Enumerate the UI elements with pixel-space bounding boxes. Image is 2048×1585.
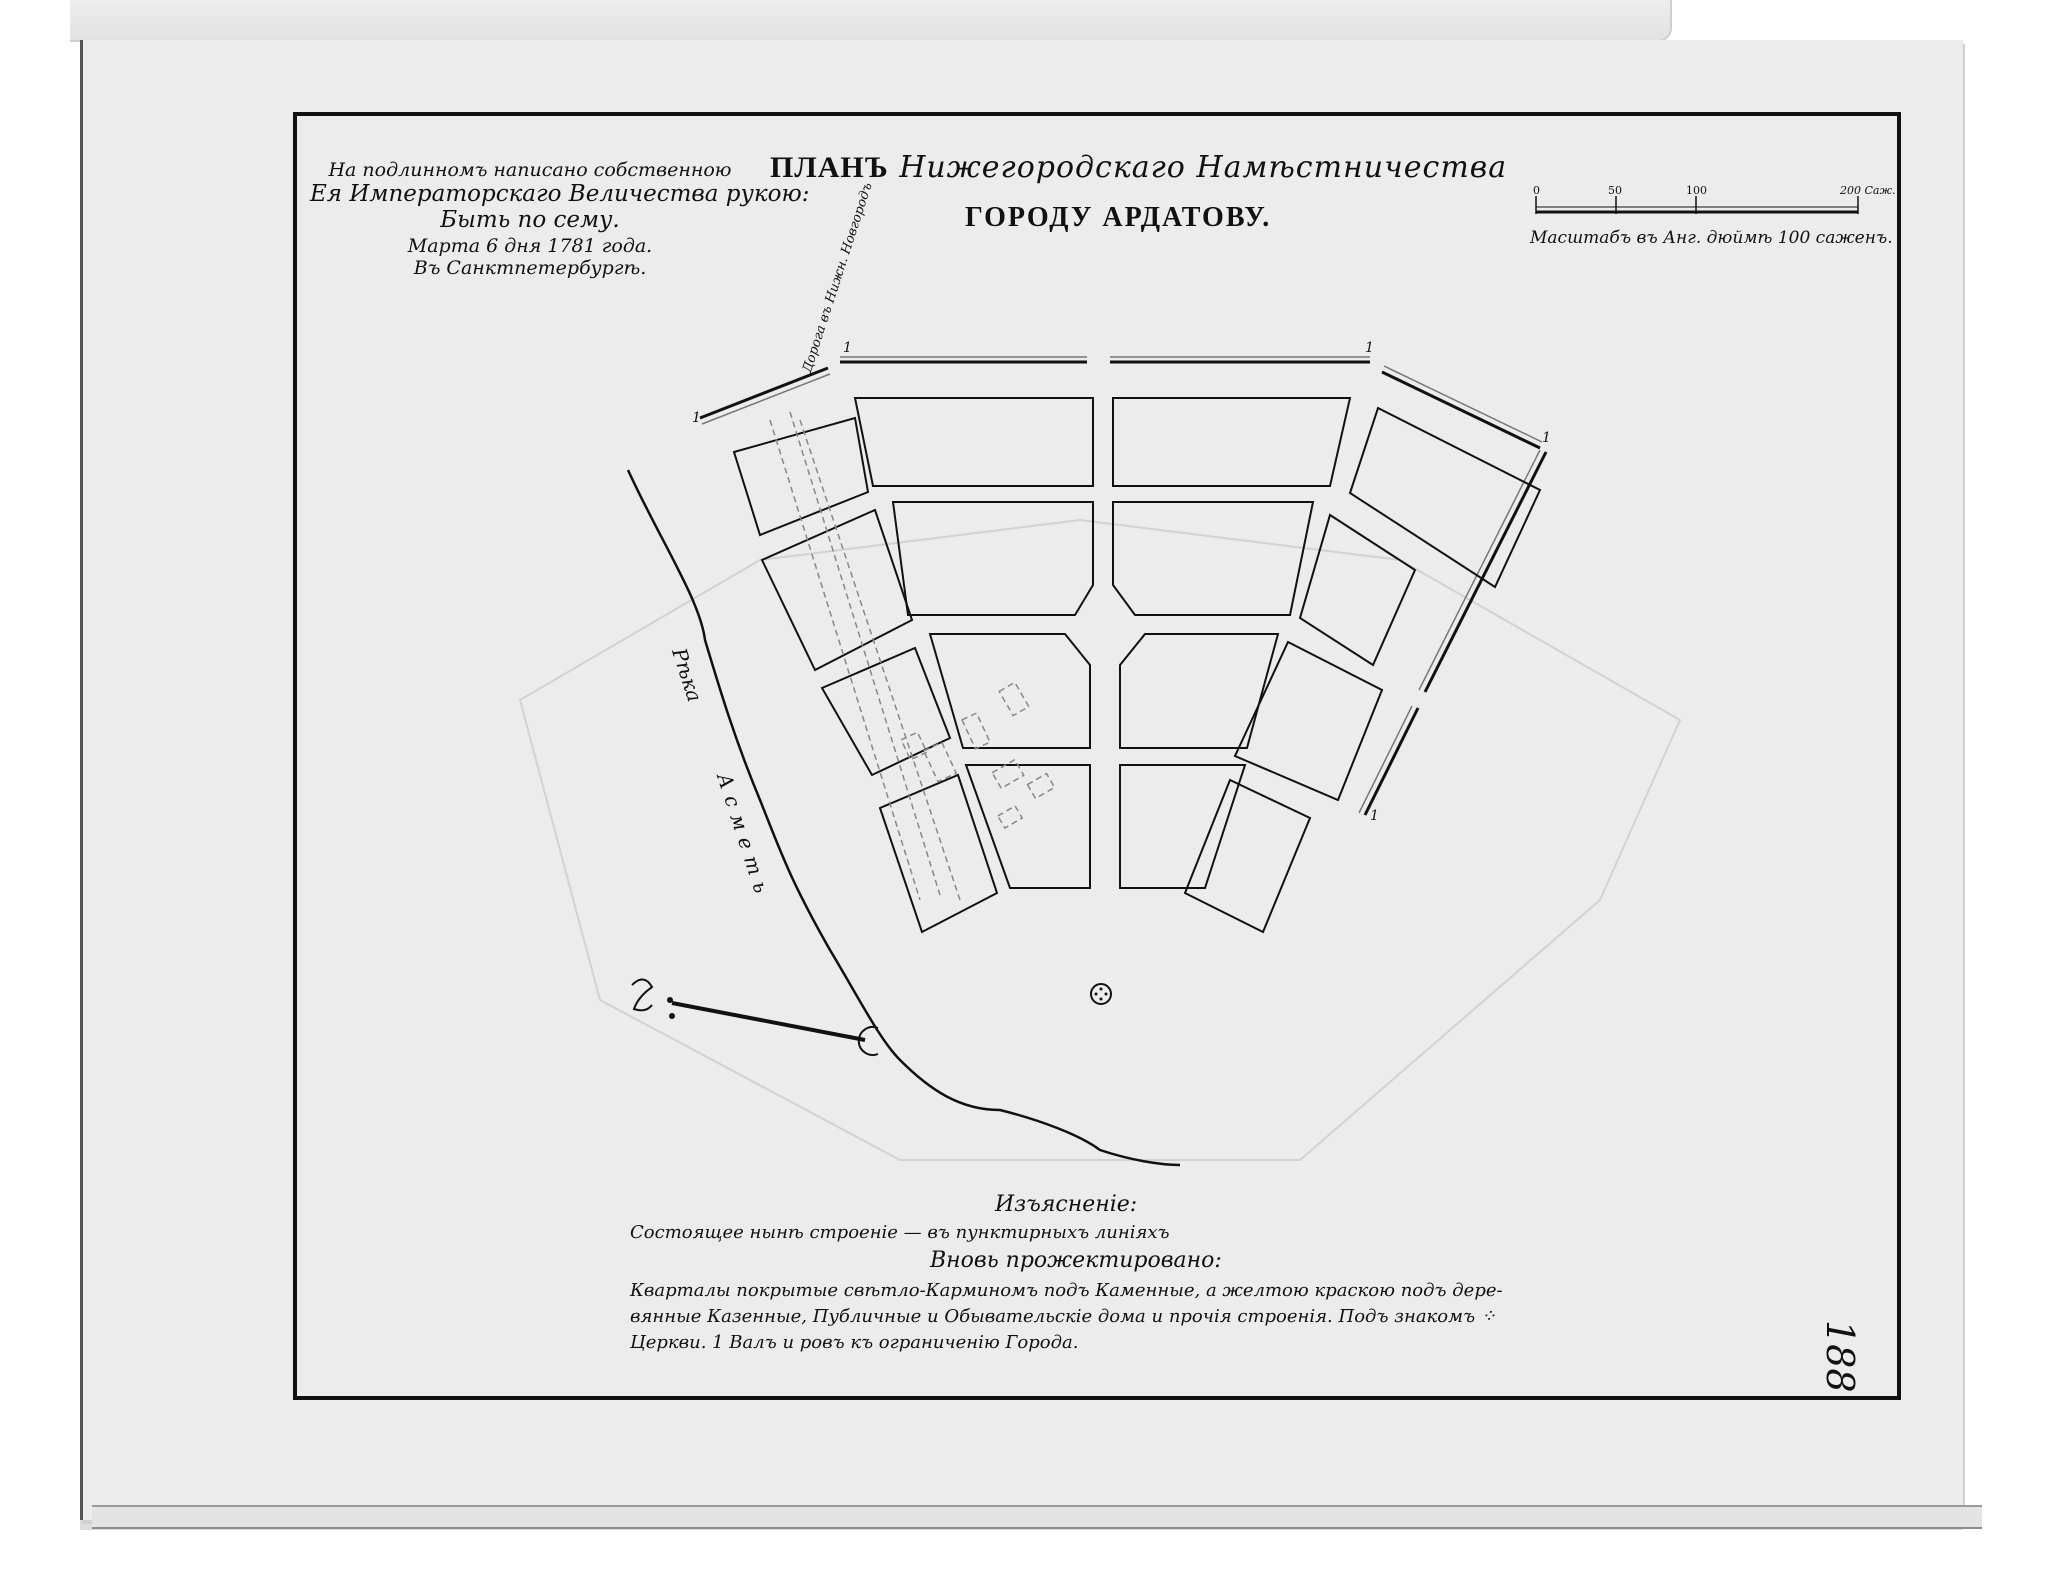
legend-body-line-2: вянные Казенные, Публичные и Обывательск… (630, 1306, 1496, 1327)
block (1185, 780, 1310, 932)
scale-tick-0: 0 (1533, 184, 1540, 197)
approval-line-3: Быть по сему. (310, 208, 750, 232)
scale-bar (1536, 196, 1858, 214)
block (762, 510, 912, 670)
city-blocks (734, 398, 1540, 932)
legend-existing-line: Состоящее нынѣ строеніе — въ пунктирныхъ… (630, 1222, 1170, 1243)
block (855, 398, 1093, 486)
legend-body-line-3: Церкви. 1 Валъ и ровъ къ ограниченію Гор… (630, 1332, 1078, 1353)
legend-body-line-1: Кварталы покрытые свѣтло-Карминомъ подъ … (630, 1280, 1503, 1301)
title-prefix: ПЛАНЪ (770, 151, 889, 184)
page-number: 188 (1818, 1320, 1862, 1393)
block (1113, 502, 1313, 615)
block (1235, 642, 1382, 800)
svg-text:1: 1 (1542, 430, 1551, 446)
map-title-line-1: ПЛАНЪ Нижегородскаго Намѣстничества (770, 150, 1507, 185)
block (1120, 634, 1278, 748)
ghost-outline (520, 520, 1680, 1160)
scale-tick-200: 200 Саж. (1840, 184, 1895, 197)
svg-text:1: 1 (843, 340, 852, 356)
scale-caption: Масштабъ въ Анг. дюймѣ 100 саженъ. (1530, 228, 1893, 248)
compass-arrow-icon (632, 979, 878, 1055)
church-icon (1091, 984, 1111, 1004)
approval-line-4: Марта 6 дня 1781 года. (310, 234, 750, 258)
scale-tick-100: 100 (1686, 184, 1707, 197)
rampart-markers: 1 1 1 1 1 (692, 340, 1551, 824)
approval-line-5: Въ Санктпетербургѣ. (310, 256, 750, 280)
approval-line-1: На подлинномъ написано собственною (310, 158, 750, 182)
block (1120, 765, 1245, 888)
block (880, 775, 997, 932)
scale-tick-50: 50 (1608, 184, 1622, 197)
block (1280, 508, 1414, 665)
title-script: Нижегородскаго Намѣстничества (899, 150, 1507, 185)
svg-text:1: 1 (1365, 340, 1374, 356)
block (822, 648, 950, 775)
block (930, 634, 1090, 748)
svg-text:1: 1 (692, 410, 701, 426)
block (893, 502, 1093, 615)
map-title-line-2: ГОРОДУ АРДАТОВУ. (965, 202, 1271, 234)
svg-text:1: 1 (1370, 808, 1379, 824)
block (1300, 515, 1415, 665)
river-line (628, 470, 1180, 1165)
approval-line-2: Ея Императорскаго Величества рукою: (310, 182, 750, 206)
legend-heading: Изъясненіе: (995, 1192, 1137, 1217)
legend-projected-heading: Вновь прожектировано: (930, 1248, 1222, 1273)
block (1113, 398, 1350, 486)
